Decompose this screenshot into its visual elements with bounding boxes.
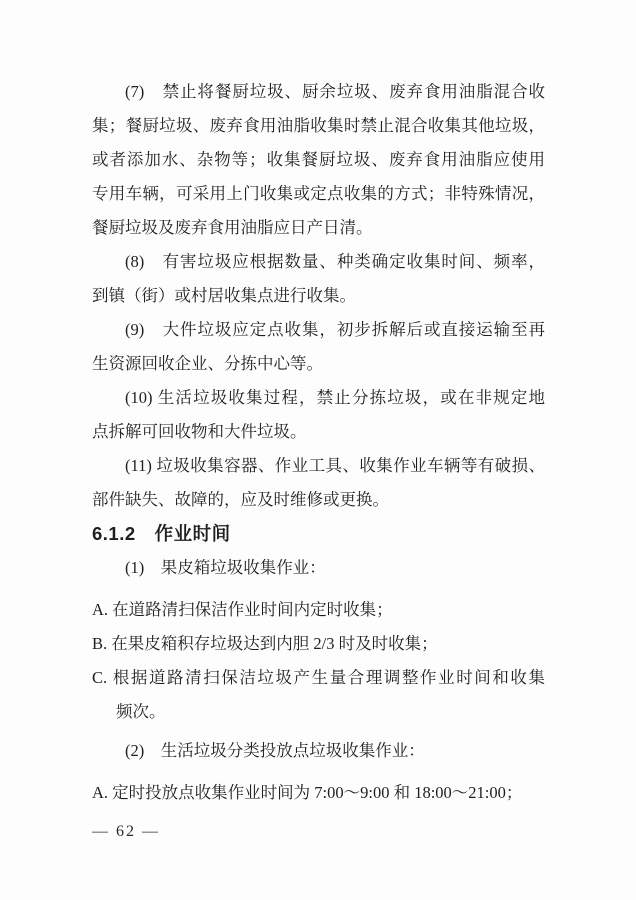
list-item-C1-line-2: 频次。 <box>92 695 545 729</box>
page-number: — 62 — <box>92 818 160 846</box>
para-9-line-2: 生资源回收企业、分拣中心等。 <box>92 347 545 381</box>
para-10-line-2: 点拆解可回收物和大件垃圾。 <box>92 415 545 449</box>
para-7-line-1: (7) 禁止将餐厨垃圾、厨余垃圾、废弃食用油脂混合收 <box>92 75 545 109</box>
list-item-C1-line-1: C. 根据道路清扫保洁垃圾产生量合理调整作业时间和收集 <box>92 661 545 695</box>
para-11-line-2: 部件缺失、故障的，应及时维修或更换。 <box>92 483 545 517</box>
para-7-line-3: 或者添加水、杂物等；收集餐厨垃圾、废弃食用油脂应使用 <box>92 143 545 177</box>
para-8-line-1: (8) 有害垃圾应根据数量、种类确定收集时间、频率， <box>92 245 545 279</box>
para-8-line-2: 到镇（街）或村居收集点进行收集。 <box>92 279 545 313</box>
para-9-line-1: (9) 大件垃圾应定点收集，初步拆解后或直接运输至再 <box>92 313 545 347</box>
page-content: (7) 禁止将餐厨垃圾、厨余垃圾、废弃食用油脂混合收 集；餐厨垃圾、废弃食用油脂… <box>92 75 545 810</box>
list-item-B1: B. 在果皮箱积存垃圾达到内胆 2/3 时及时收集； <box>92 627 545 661</box>
para-11-line-1: (11) 垃圾收集容器、作业工具、收集作业车辆等有破损、 <box>92 449 545 483</box>
list-item-A1: A. 在道路清扫保洁作业时间内定时收集； <box>92 593 545 627</box>
para-7-line-5: 餐厨垃圾及废弃食用油脂应日产日清。 <box>92 211 545 245</box>
para-7-line-4: 专用车辆，可采用上门收集或定点收集的方式；非特殊情况， <box>92 177 545 211</box>
para-10-line-1: (10) 生活垃圾收集过程，禁止分拣垃圾，或在非规定地 <box>92 381 545 415</box>
para-7-line-2: 集；餐厨垃圾、废弃食用油脂收集时禁止混合收集其他垃圾， <box>92 109 545 143</box>
list-item-2: (2) 生活垃圾分类投放点垃圾收集作业： <box>92 734 545 768</box>
section-heading-6-1-2: 6.1.2 作业时间 <box>92 517 545 551</box>
document-page: (7) 禁止将餐厨垃圾、厨余垃圾、废弃食用油脂混合收 集；餐厨垃圾、废弃食用油脂… <box>0 0 636 900</box>
list-item-A2: A. 定时投放点收集作业时间为 7:00～9:00 和 18:00～21:00； <box>92 776 545 810</box>
list-item-1: (1) 果皮箱垃圾收集作业： <box>92 551 545 585</box>
